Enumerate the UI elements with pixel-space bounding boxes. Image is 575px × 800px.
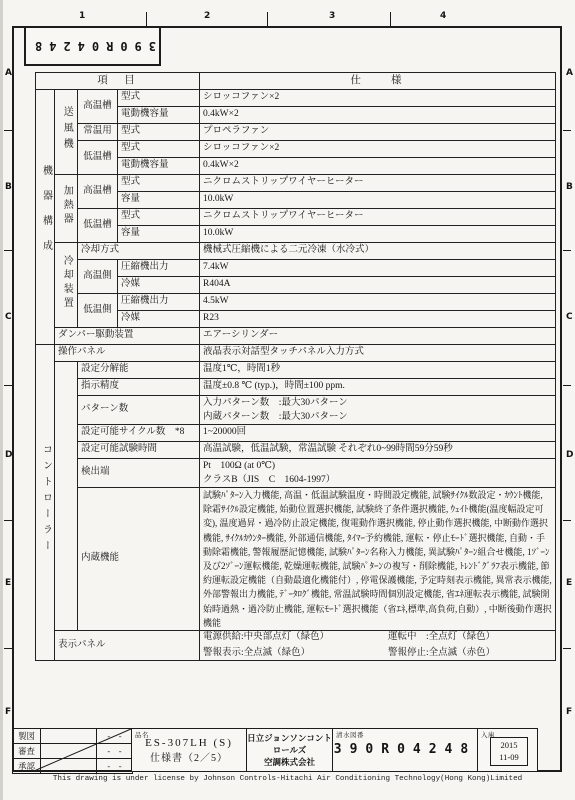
row-cooling-method: 冷却装置 冷却方式 機械式圧縮機による二元冷凍（水冷式） (36, 243, 556, 260)
cell-display-label: 表示パネル (55, 631, 200, 661)
cell-detector-label: 検出端 (78, 459, 200, 488)
document-name: 仕様書（2／5） (132, 749, 246, 764)
ruler-tick (390, 12, 391, 26)
cell-blower-high-tank: 高温槽 (78, 90, 118, 124)
drawing-number-label: 清水図番 (336, 730, 364, 739)
display-power: 電源供給:中央部点灯（緑色） (203, 631, 388, 644)
ruler-tick (4, 648, 12, 649)
ruler-tick (563, 648, 571, 649)
cell-patterns-value: 入力パターン数 :最大30パターン 内蔵パターン数 :最大30パターン (200, 396, 556, 425)
group-heater: 加熱器 (55, 175, 78, 243)
row-detector: 検出端 Pt 100Ω (at 0℃) クラスB（JIS C 1604-1997… (36, 459, 556, 488)
cell-patterns-label: パターン数 (78, 396, 200, 425)
product-name-box: 品名 ES-307LH (S) 仕様書（2／5） (131, 728, 247, 772)
row-display-panel: 表示パネル 電源供給:中央部点灯（緑色） 運転中 :全点灯（緑色） 警報表示:全… (36, 631, 556, 661)
cell-accuracy-label: 指示精度 (78, 379, 200, 396)
ruler-row-e-right: E (566, 578, 572, 588)
ruler-tick (563, 130, 571, 131)
cell-blower-normal-type: プロペラファン (200, 124, 556, 141)
cell-test-time-label: 設定可能試験時間 (78, 442, 200, 459)
approved-label: 承認 (13, 759, 41, 774)
row-builtin-functions: 内蔵機能 試験ﾊﾟﾀｰﾝ入力機能, 高温・低温試験温度・時間設定機能, 試験ｻｲ… (36, 488, 556, 631)
drawing-number: 390R04248 (333, 742, 477, 757)
cell-blower-low-tank: 低温槽 (78, 141, 118, 175)
top-drawing-number-rotated: 390R04248 (28, 39, 156, 53)
cell-cooling-low-comp: 4.5kW (200, 294, 556, 311)
cell-refrigerant-label: 冷媒 (118, 277, 200, 294)
ruler-tick (4, 250, 12, 251)
cell-heater-low-capacity: 10.0kW (200, 226, 556, 243)
ruler-col-4: 4 (440, 11, 446, 21)
display-alarm: 警報表示:全点滅（緑色） (203, 647, 388, 660)
cell-damper-value: エアーシリンダー (200, 328, 556, 345)
ruler-row-f-left: F (5, 707, 11, 717)
header-spec: 仕 様 (200, 73, 556, 90)
ruler-tick (4, 130, 12, 131)
patterns-line-1: 入力パターン数 :最大30パターン (203, 396, 552, 410)
ruler-tick (563, 250, 571, 251)
cell-comp-output-label: 圧縮機出力 (118, 294, 200, 311)
cell-test-time-value: 高温試験，低温試験，常温試験 それぞれ0~99時間59分59秒 (200, 442, 556, 459)
row-test-time: 設定可能試験時間 高温試験，低温試験，常温試験 それぞれ0~99時間59分59秒 (36, 442, 556, 459)
cell-functions-value: 試験ﾊﾟﾀｰﾝ入力機能, 高温・低温試験温度・時間設定機能, 試験ｻｲｸﾙ数設定… (200, 488, 556, 631)
cell-heater-high-capacity: 10.0kW (200, 192, 556, 209)
drawing-frame: 390R04248 項 目 仕 様 機器構成 送風機 高温槽 型式 シロッコファ… (12, 26, 562, 772)
drawing-sheet: 1 2 3 4 A B C D E F A B C D E F 390R0424… (0, 0, 575, 800)
display-running: 運転中 :全点灯（緑色） (388, 631, 552, 644)
cell-heater-high-type: ニクロムストリップワイヤーヒーター (200, 175, 556, 192)
ruler-tick (563, 385, 571, 386)
controller-spacer (55, 362, 78, 631)
display-status-grid: 電源供給:中央部点灯（緑色） 運転中 :全点灯（緑色） 警報表示:全点滅（緑色）… (203, 631, 552, 660)
row-cooling-low-comp: 低温側 圧縮機出力 4.5kW (36, 294, 556, 311)
cell-cooling-high-side: 高温側 (78, 260, 118, 294)
cell-cooling-high-ref: R404A (200, 277, 556, 294)
ruler-row-d-right: D (566, 450, 573, 460)
spec-table: 項 目 仕 様 機器構成 送風機 高温槽 型式 シロッコファン×2 電動機容量 … (35, 72, 556, 661)
checked-signature (41, 744, 97, 759)
ruler-tick (4, 520, 12, 521)
cell-functions-label: 内蔵機能 (78, 488, 200, 631)
approval-row-drafted: 製図 - - (13, 729, 133, 744)
ruler-col-1: 1 (79, 11, 85, 21)
group-cooling: 冷却装置 (55, 243, 78, 328)
cell-resolution-value: 温度1℃，時間1秒 (200, 362, 556, 379)
stock-year: 2015 (491, 739, 527, 751)
patterns-line-2: 内蔵パターン数 :最大30パターン (203, 410, 552, 424)
cell-resolution-label: 設定分解能 (78, 362, 200, 379)
cell-cooling-low-side: 低温側 (78, 294, 118, 328)
cell-capacity-label: 容量 (118, 192, 200, 209)
cell-damper-label: ダンパー駆動装置 (55, 328, 200, 345)
ruler-row-e-left: E (5, 578, 11, 588)
row-blower-normal-type: 常温用 型式 プロペラファン (36, 124, 556, 141)
top-drawing-number-box: 390R04248 (24, 28, 161, 66)
cell-type-label: 型式 (118, 124, 200, 141)
cell-detector-value: Pt 100Ω (at 0℃) クラスB（JIS C 1604-1997） (200, 459, 556, 488)
ruler-row-b-left: B (5, 182, 12, 192)
cell-blower-high-motor: 0.4kW×2 (200, 107, 556, 124)
scan-edge (0, 0, 3, 800)
cell-type-label: 型式 (118, 90, 200, 107)
header-item: 項 目 (36, 73, 200, 90)
license-text: This drawing is under license by Johnson… (0, 775, 575, 783)
ruler-row-f-right: F (566, 707, 572, 717)
row-patterns: パターン数 入力パターン数 :最大30パターン 内蔵パターン数 :最大30パター… (36, 396, 556, 425)
group-blower: 送風機 (55, 90, 78, 175)
cell-type-label: 型式 (118, 141, 200, 158)
approved-date: - - (97, 759, 133, 774)
stock-date: 11-09 (491, 751, 527, 763)
title-block: 製図 - - 審査 - - 承認 - - (14, 728, 560, 772)
company-box: 日立ジョンソンコントロールズ 空調株式会社 (246, 728, 333, 772)
cell-cycles-label: 設定可能サイクル数 *8 (78, 425, 200, 442)
row-damper: ダンパー駆動装置 エアーシリンダー (36, 328, 556, 345)
company-name-line2: 空調株式会社 (247, 756, 332, 768)
group-controller: コントローラー (36, 345, 55, 661)
ruler-row-c-left: C (5, 312, 12, 322)
cell-blower-high-type: シロッコファン×2 (200, 90, 556, 107)
cell-heater-low-type: ニクロムストリップワイヤーヒーター (200, 209, 556, 226)
ruler-row-a-left: A (5, 68, 12, 78)
display-alarm-stop: 警報停止:全点滅（赤色） (388, 647, 552, 660)
ruler-row-a-right: A (566, 68, 573, 78)
cell-cycles-value: 1~20000回 (200, 425, 556, 442)
row-heater-high-type: 加熱器 高温槽 型式 ニクロムストリップワイヤーヒーター (36, 175, 556, 192)
ruler-tick (267, 12, 268, 26)
cell-panel-label: 操作パネル (55, 345, 200, 362)
stock-box: 入庫 2015 11-09 (477, 728, 538, 772)
group-equipment: 機器構成 (36, 90, 55, 345)
cell-capacity-label: 容量 (118, 226, 200, 243)
cell-type-label: 型式 (118, 175, 200, 192)
model-number: ES-307LH (S) (132, 737, 246, 749)
cell-cooling-low-ref: R23 (200, 311, 556, 328)
ruler-tick (146, 12, 147, 26)
approved-signature (41, 759, 97, 774)
row-accuracy: 指示精度 温度±0.8 ℃ (typ.)，時間±100 ppm. (36, 379, 556, 396)
cell-panel-value: 液晶表示対話型タッチパネル入力方式 (200, 345, 556, 362)
cell-blower-low-type: シロッコファン×2 (200, 141, 556, 158)
approval-row-checked: 審査 - - (13, 744, 133, 759)
row-blower-low-type: 低温槽 型式 シロッコファン×2 (36, 141, 556, 158)
row-cycles: 設定可能サイクル数 *8 1~20000回 (36, 425, 556, 442)
cell-motor-label: 電動機容量 (118, 158, 200, 175)
cell-cooling-method-label: 冷却方式 (78, 243, 200, 260)
detector-line-2: クラスB（JIS C 1604-1997） (203, 473, 552, 487)
drafted-signature (41, 729, 97, 744)
ruler-row-c-right: C (566, 312, 573, 322)
row-operation-panel: コントローラー 操作パネル 液晶表示対話型タッチパネル入力方式 (36, 345, 556, 362)
drafted-label: 製図 (13, 729, 41, 744)
product-name-label: 品名 (135, 730, 149, 739)
cell-blower-normal-tank: 常温用 (78, 124, 118, 141)
cell-heater-high-tank: 高温槽 (78, 175, 118, 209)
row-cooling-high-comp: 高温側 圧縮機出力 7.4kW (36, 260, 556, 277)
row-resolution: 設定分解能 温度1℃，時間1秒 (36, 362, 556, 379)
drawing-number-box: 清水図番 390R04248 (332, 728, 478, 772)
ruler-tick (563, 520, 571, 521)
header-row: 項 目 仕 様 (36, 73, 556, 90)
cell-blower-low-motor: 0.4kW×2 (200, 158, 556, 175)
cell-accuracy-value: 温度±0.8 ℃ (typ.)，時間±100 ppm. (200, 379, 556, 396)
detector-line-1: Pt 100Ω (at 0℃) (203, 459, 552, 473)
cell-heater-low-tank: 低温槽 (78, 209, 118, 243)
cell-cooling-method: 機械式圧縮機による二元冷凍（水冷式） (200, 243, 556, 260)
approval-table: 製図 - - 審査 - - 承認 - - (12, 728, 133, 774)
ruler-col-2: 2 (204, 11, 210, 21)
cell-motor-label: 電動機容量 (118, 107, 200, 124)
drafted-date: - - (97, 729, 133, 744)
cell-display-value: 電源供給:中央部点灯（緑色） 運転中 :全点灯（緑色） 警報表示:全点滅（緑色）… (200, 631, 556, 661)
checked-date: - - (97, 744, 133, 759)
checked-label: 審査 (13, 744, 41, 759)
company-name-line1: 日立ジョンソンコントロールズ (247, 732, 332, 756)
ruler-col-3: 3 (329, 11, 335, 21)
row-heater-low-type: 低温槽 型式 ニクロムストリップワイヤーヒーター (36, 209, 556, 226)
approval-row-approved: 承認 - - (13, 759, 133, 774)
cell-refrigerant-label: 冷媒 (118, 311, 200, 328)
cell-comp-output-label: 圧縮機出力 (118, 260, 200, 277)
row-blower-high-type: 機器構成 送風機 高温槽 型式 シロッコファン×2 (36, 90, 556, 107)
ruler-row-b-right: B (566, 182, 573, 192)
ruler-tick (4, 385, 12, 386)
stock-date-box: 2015 11-09 (490, 737, 528, 766)
cell-type-label: 型式 (118, 209, 200, 226)
cell-cooling-high-comp: 7.4kW (200, 260, 556, 277)
